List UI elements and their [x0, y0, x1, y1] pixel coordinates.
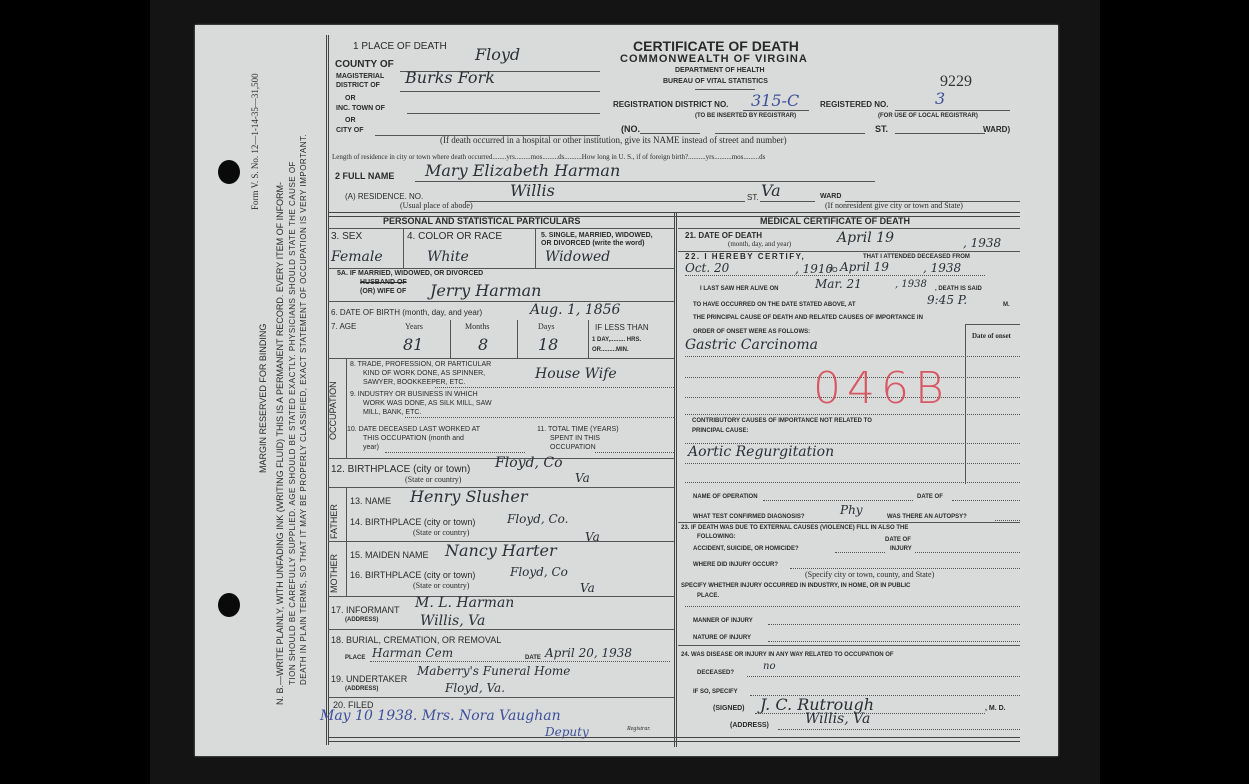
instructions-line-2: TION SHOULD BE CAREFULLY SUPPLIED. AGE S…: [288, 161, 297, 685]
mother-birthplace-sub: (State or country): [413, 581, 469, 590]
undertaker-label: 19. UNDERTAKER: [331, 674, 407, 684]
date-of-death-label: 21. DATE OF DEATH: [685, 231, 762, 240]
undertaker-value: Maberry's Funeral Home: [417, 664, 570, 678]
dob-value: Aug. 1, 1856: [530, 302, 620, 318]
injury-date-label-1: DATE OF: [885, 537, 911, 543]
county-value: Floyd: [475, 45, 520, 64]
nonresident-note: (If nonresident give city or town and St…: [825, 201, 963, 210]
or-label: OR: [345, 95, 356, 102]
contributory-value: Aortic Regurgitation: [688, 444, 834, 460]
birthplace-label: 12. BIRTHPLACE (city or town): [331, 464, 470, 475]
marital-label-2: OR DIVORCED (write the word): [541, 240, 644, 247]
spouse-label-2: HUSBAND OF: [360, 279, 407, 286]
principal-cause-label-1: THE PRINCIPAL CAUSE OF DEATH AND RELATED…: [693, 315, 923, 321]
magisterial-label-1: MAGISTERIAL: [336, 73, 384, 80]
or-label: OR: [345, 117, 356, 124]
injury-date-label-2: INJURY: [890, 546, 912, 552]
undertaker-sub: (ADDRESS): [345, 686, 378, 692]
full-name-value: Mary Elizabeth Harman: [425, 161, 620, 180]
mother-birthplace-label: 16. BIRTHPLACE (city or town): [350, 570, 475, 580]
full-name-label: 2 FULL NAME: [335, 171, 394, 181]
burial-label: 18. BURIAL, CREMATION, OR REMOVAL: [331, 635, 501, 645]
undertaker-address: Floyd, Va.: [445, 681, 505, 695]
occurred-label: TO HAVE OCCURRED ON THE DATE STATED ABOV…: [693, 302, 856, 308]
registered-value: 3: [935, 89, 945, 108]
manner-label: MANNER OF INJURY: [693, 618, 753, 624]
specify-label-2: PLACE.: [697, 593, 719, 599]
magisterial-value: Burks Fork: [405, 68, 495, 87]
burial-date-value: April 20, 1938: [545, 646, 632, 660]
mother-birthplace-value: Floyd, Co: [510, 565, 568, 579]
trade-label-2: KIND OF WORK DONE, AS SPINNER,: [363, 370, 485, 377]
test-value: Phy: [840, 503, 863, 517]
residence-label: (A) RESIDENCE. NO.: [345, 192, 423, 201]
less-min-label: OR.........MIN.: [592, 347, 629, 353]
bureau-label: BUREAU OF VITAL STATISTICS: [663, 78, 768, 85]
industry-label-1: 9. INDUSTRY OR BUSINESS IN WHICH: [350, 391, 478, 398]
less-day-label: 1 DAY,......... HRS.: [592, 337, 641, 343]
attended-to-year: , 1938: [923, 261, 961, 275]
race-value: White: [427, 249, 469, 265]
months-label: Months: [465, 322, 489, 331]
birthplace-sub: (State or country): [405, 475, 461, 484]
where-label: WHERE DID INJURY OCCUR?: [693, 562, 778, 568]
last-worked-label-1: 10. DATE DECEASED LAST WORKED AT: [347, 426, 480, 433]
father-birthplace-sub: (State or country): [413, 528, 469, 537]
occupation-side-label: OCCUPATION: [328, 381, 338, 440]
address-label: (ADDRESS): [730, 722, 769, 729]
accident-label: ACCIDENT, SUICIDE, OR HOMICIDE?: [693, 546, 799, 552]
father-side-label: FATHER: [329, 504, 339, 539]
external-label-1: 23. IF DEATH WAS DUE TO EXTERNAL CAUSES …: [681, 525, 908, 531]
filed-value: May 10 1938. Mrs. Nora Vaughan: [320, 708, 561, 724]
informant-label: 17. INFORMANT: [331, 605, 400, 615]
time-value: 9:45 P.: [927, 293, 967, 307]
total-time-label-2: SPENT IN THIS: [550, 435, 600, 442]
informant-address: Willis, Va: [420, 613, 485, 629]
deceased-label: DECEASED?: [697, 670, 734, 676]
total-time-label-3: OCCUPATION: [550, 444, 596, 451]
certificate-title: CERTIFICATE OF DEATH: [633, 38, 799, 54]
instructions-line-3: DEATH IN PLAIN TERMS, SO THAT IT MAY BE …: [299, 134, 308, 685]
months-value: 8: [478, 335, 488, 354]
date-of-death-year: , 1938: [963, 236, 1001, 250]
external-label-2: FOLLOWING:: [697, 534, 736, 540]
test-label: WHAT TEST CONFIRMED DIAGNOSIS?: [693, 514, 805, 520]
reg-district-value: 315-C: [751, 91, 799, 110]
certify-label: 22. I HEREBY CERTIFY,: [685, 252, 805, 261]
residence-st-label: ST.: [747, 193, 759, 202]
years-value: 81: [403, 335, 423, 354]
spouse-label-3: (OR) WIFE OF: [360, 288, 406, 295]
column-divider: [674, 212, 677, 747]
last-worked-label-2: THIS OCCUPATION (month and: [363, 435, 464, 442]
binding-hole-bottom: [218, 593, 240, 617]
m-label: M.: [1003, 302, 1010, 308]
attended-to: April 19: [840, 260, 889, 274]
reg-district-label: REGISTRATION DISTRICT NO.: [613, 100, 728, 109]
certificate-subtitle: COMMONWEALTH OF VIRGINA: [620, 53, 808, 65]
marital-value: Widowed: [545, 249, 610, 265]
burial-place-label: PLACE: [345, 655, 365, 661]
age-label: 7. AGE: [331, 322, 356, 331]
department-label: DEPARTMENT OF HEALTH: [675, 67, 765, 74]
where-sub: (Specify city or town, county, and State…: [805, 570, 934, 579]
county-label: COUNTY OF: [335, 59, 394, 70]
dob-label: 6. DATE OF BIRTH (month, day, and year): [331, 308, 482, 317]
spouse-value: Jerry Harman: [430, 281, 541, 300]
industry-label-3: MILL, BANK, ETC.: [363, 409, 421, 416]
deceased-value: no: [763, 661, 775, 672]
md-label: , M. D.: [985, 705, 1006, 712]
sex-label: 3. SEX: [331, 231, 362, 242]
trade-value: House Wife: [535, 366, 617, 382]
marital-label-1: 5. SINGLE, MARRIED, WIDOWED,: [541, 232, 653, 239]
total-time-label-1: 11. TOTAL TIME (YEARS): [537, 426, 619, 433]
informant-sub: (ADDRESS): [345, 617, 378, 623]
medical-section-title: MEDICAL CERTIFICATE OF DEATH: [760, 216, 910, 226]
sex-value: Female: [331, 249, 383, 265]
birthplace-value: Floyd, Co: [495, 455, 563, 471]
death-certificate: Form V. S. No. 12—1-14-35—31,500 MARGIN …: [195, 25, 1058, 756]
less-than-label: IF LESS THAN: [595, 323, 649, 332]
mother-name-value: Nancy Harter: [445, 541, 557, 560]
magisterial-label-2: DISTRICT OF: [336, 82, 380, 89]
contributory-label-2: PRINCIPAL CAUSE:: [692, 428, 748, 434]
to-label: TO: [828, 267, 838, 274]
residence-value: Willis: [510, 181, 555, 200]
inc-town-label: INC. TOWN OF: [336, 105, 385, 112]
red-code-annotation: 046B: [813, 363, 950, 414]
instructions-line-1: N. B.—WRITE PLAINLY, WITH UNFADING INK (…: [275, 182, 285, 705]
date-of-death-value: April 19: [837, 230, 894, 246]
form-number: Form V. S. No. 12—1-14-35—31,500: [250, 73, 260, 210]
operation-label: NAME OF OPERATION: [693, 494, 758, 500]
race-label: 4. COLOR OR RACE: [407, 231, 502, 242]
residence-state-value: Va: [761, 181, 781, 200]
last-worked-label-3: year): [363, 444, 379, 451]
informant-value: M. L. Harman: [415, 595, 514, 611]
place-of-death-label: 1 PLACE OF DEATH: [353, 41, 447, 52]
father-name-label: 13. NAME: [350, 496, 391, 506]
principal-cause-label-2: ORDER OF ONSET WERE AS FOLLOWS:: [693, 329, 810, 335]
mother-side-label: MOTHER: [329, 554, 339, 593]
if-so-label: IF SO, SPECIFY: [693, 689, 738, 695]
days-value: 18: [538, 335, 558, 354]
autopsy-label: WAS THERE AN AUTOPSY?: [887, 514, 967, 520]
last-saw-value: Mar. 21: [815, 277, 862, 291]
binding-hole-top: [218, 160, 240, 184]
personal-section-title: PERSONAL AND STATISTICAL PARTICULARS: [383, 216, 580, 226]
nature-label: NATURE OF INJURY: [693, 635, 751, 641]
ward-label: WARD): [983, 125, 1010, 134]
attended-from: Oct. 20: [685, 261, 729, 275]
occupation-related-label: 24. WAS DISEASE OR INJURY IN ANY WAY REL…: [681, 652, 894, 658]
industry-label-2: WORK WAS DONE, AS SILK MILL, SAW: [363, 400, 492, 407]
date-of-death-sub: (month, day, and year): [728, 240, 791, 248]
father-birthplace-value: Floyd, Co.: [507, 512, 569, 526]
mother-name-label: 15. MAIDEN NAME: [350, 550, 429, 560]
residence-ward-label: WARD: [820, 193, 841, 200]
birthplace-state: Va: [575, 471, 590, 485]
principal-cause-value: Gastric Carcinoma: [685, 337, 818, 353]
days-label: Days: [538, 322, 554, 331]
trade-label-3: SAWYER, BOOKKEEPER, ETC.: [363, 379, 465, 386]
death-said-label: , DEATH IS SAID: [935, 286, 982, 292]
spouse-label-1: 5A. IF MARRIED, WIDOWED, OR DIVORCED: [337, 270, 483, 277]
hospital-note: (If death occurred in a hospital or othe…: [440, 135, 787, 145]
st-label: ST.: [875, 124, 888, 134]
address-value: Willis, Va: [805, 711, 870, 727]
mother-birthplace-state: Va: [580, 581, 595, 595]
last-saw-year: , 1938: [895, 279, 927, 290]
father-name-value: Henry Slusher: [410, 487, 528, 506]
no-label: (NO.: [621, 124, 640, 134]
burial-place-value: Harman Cem: [372, 646, 453, 660]
specify-label-1: SPECIFY WHETHER INJURY OCCURRED IN INDUS…: [681, 583, 910, 589]
operation-date-label: DATE OF: [917, 494, 943, 500]
margin-note: MARGIN RESERVED FOR BINDING: [258, 324, 268, 473]
registered-label: REGISTERED NO.: [820, 100, 888, 109]
city-label: CITY OF: [336, 127, 363, 134]
signed-label: (SIGNED): [713, 705, 745, 712]
trade-label-1: 8. TRADE, PROFESSION, OR PARTICULAR: [350, 361, 491, 368]
residence-length: Length of residence in city or town wher…: [332, 153, 765, 161]
years-label: Years: [405, 322, 423, 331]
date-of-onset-label: Date of onset: [972, 332, 1011, 340]
residence-sub: (Usual place of abode): [400, 201, 473, 210]
registered-note: (FOR USE OF LOCAL REGISTRAR): [878, 113, 978, 119]
father-birthplace-label: 14. BIRTHPLACE (city or town): [350, 517, 475, 527]
reg-district-note: (TO BE INSERTED BY REGISTRAR): [695, 113, 796, 119]
registrar-label: Registrar.: [627, 726, 651, 732]
last-saw-label: I LAST SAW HER ALIVE ON: [700, 286, 778, 292]
contributory-label-1: CONTRIBUTORY CAUSES OF IMPORTANCE NOT RE…: [692, 418, 872, 424]
